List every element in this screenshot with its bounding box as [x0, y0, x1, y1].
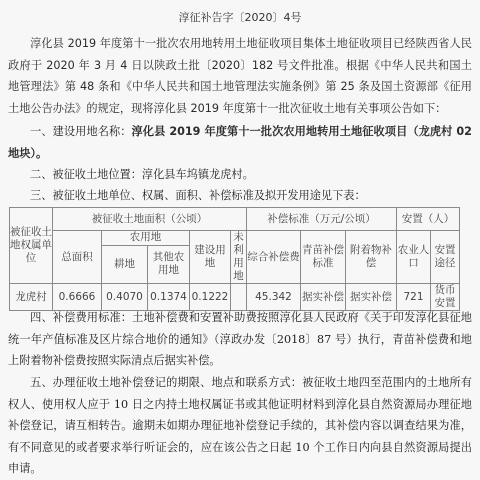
header-attachments: 附着物补偿: [346, 231, 397, 284]
section-1: 一、建设用地名称：淳化县 2019 年度第十一批次农用地转用土地征收项目（龙虎村…: [8, 121, 472, 164]
section-5: 五、办理征收土地补偿登记的期限、地点和联系方式：被征收土地四至范围内的土地所有权…: [8, 372, 472, 480]
announcement-document: 淳征补告字〔2020〕4号 淳化县 2019 年度第十一批次农用地转用土地征收项…: [0, 0, 480, 480]
header-resettlement-group: 安置（人）: [397, 208, 460, 231]
header-construction: 建设用地: [190, 231, 231, 284]
header-unused: 未利用地: [231, 231, 247, 284]
header-farmland: 耕地: [102, 245, 148, 283]
header-area-group: 被征收土地面积（公顷）: [53, 208, 247, 231]
intro-paragraph: 淳化县 2019 年度第十一批次农用地转用土地征收项目集体土地征收项目已经陕西省…: [8, 33, 472, 119]
header-agri-pop: 农业人口: [397, 231, 431, 284]
section-2-value: 淳化县车坞镇龙虎村。: [142, 168, 254, 181]
land-acquisition-table: 被征收土地权属单位 被征收土地面积（公顷） 补偿标准（万元/公顷） 安置（人） …: [9, 207, 460, 311]
section-2-label: 二、被征收土地位置：: [30, 168, 142, 181]
document-number: 淳征补告字〔2020〕4号: [0, 9, 480, 25]
section-3: 三、被征收土地单位、权属、面积、补偿标准及拟开发用途见下表：: [8, 185, 472, 207]
section-5-text: 五、办理征收土地补偿登记的期限、地点和联系方式：被征收土地四至范围内的土地所有权…: [8, 376, 472, 475]
header-other-agri: 其他农用地: [148, 245, 190, 283]
section-4-text: 四、补偿费用标准：土地补偿费和安置补助费按照淳化县人民政府《关于印发淳化县征地统…: [8, 311, 472, 367]
header-comprehensive: 综合补偿费: [247, 231, 301, 284]
section-1-label: 一、建设用地名称：: [30, 125, 132, 138]
section-2: 二、被征收土地位置：淳化县车坞镇龙虎村。: [8, 164, 472, 186]
header-agri-group: 农用地: [102, 231, 190, 246]
section-3-text: 三、被征收土地单位、权属、面积、补偿标准及拟开发用途见下表：: [30, 189, 366, 202]
header-resettle-way: 安置途径: [431, 231, 460, 284]
header-crops: 青苗补偿标准: [301, 231, 346, 284]
intro-text: 淳化县 2019 年度第十一批次农用地转用土地征收项目集体土地征收项目已经陕西省…: [8, 37, 472, 115]
header-owner-unit: 被征收土地权属单位: [10, 208, 53, 284]
section-4: 四、补偿费用标准：土地补偿费和安置补助费按照淳化县人民政府《关于印发淳化县征地统…: [8, 307, 472, 372]
header-compensation-group: 补偿标准（万元/公顷）: [247, 208, 397, 231]
header-total-area: 总面积: [53, 231, 102, 284]
